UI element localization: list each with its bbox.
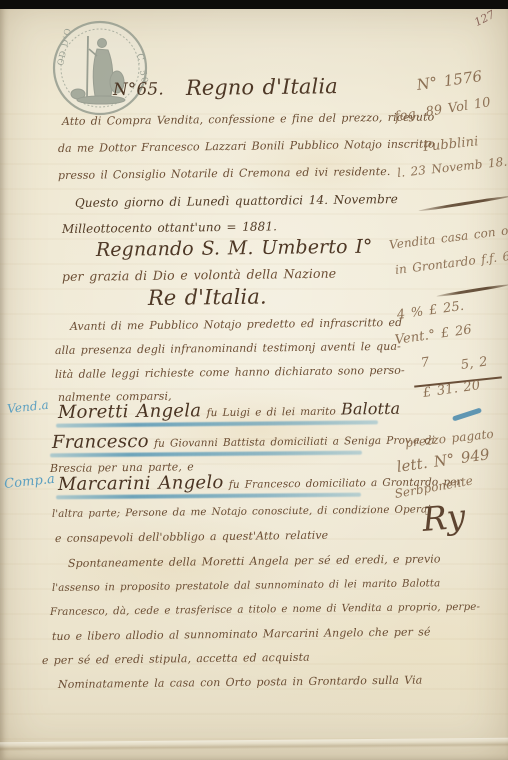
buyer-name: Marcarini Angelo — [58, 472, 224, 495]
body-line: presso il Consiglio Notarile di Cremona … — [58, 165, 391, 182]
body-line: e consapevoli dell'obbligo a quest'Atto … — [55, 529, 328, 545]
body-line: Avanti di me Pubblico Notajo predetto ed… — [70, 316, 402, 333]
registry-volume: fog. 89 Vol 10 — [394, 95, 492, 125]
vendor-domicile: fu Giovanni Battista domiciliati a Senig… — [154, 434, 435, 449]
margin-note-buyer: Comp.a — [3, 472, 55, 492]
vendor-husband-firstname: Francesco — [52, 431, 149, 453]
registry-date: l. 23 Novemb 18.. — [397, 154, 508, 180]
body-line: lità dalle leggi richieste come hanno di… — [55, 364, 405, 381]
body-line: alla presenza degli infranominandi testi… — [55, 340, 401, 357]
act-number: N°65. — [113, 79, 164, 100]
scanned-notarial-deed-page: 127 OD D'O C. 50 N°65. Regno d'Italia At… — [0, 0, 508, 760]
vendor-filiation: fu Luigi e di lei marito — [207, 406, 336, 420]
blue-pencil-dash — [452, 407, 482, 421]
body-line: per grazia di Dio e volontà della Nazion… — [62, 266, 336, 284]
vendor-party-line: Moretti Angela fu Luigi e di lei marito … — [58, 398, 401, 423]
object-note-1: Vendita casa con orto — [388, 221, 508, 252]
revenue-stamp: OD D'O C. 50 — [50, 16, 150, 122]
body-line: l'altra parte; Persone da me Notajo cono… — [52, 503, 431, 520]
re-ditalia-heading: Re d'Italia. — [148, 285, 267, 310]
body-line: da me Dottor Francesco Lazzari Bonili Pu… — [58, 137, 435, 155]
margin-note-vendor: Vend.a — [7, 398, 50, 416]
body-line: tuo e libero allodio al sunnominato Marc… — [52, 625, 431, 643]
body-line: Nominatamente la casa con Orto posta in … — [58, 674, 423, 691]
body-line: l'assenso in proposito prestatole dal su… — [52, 577, 441, 594]
tax-calc-total: £ 31. 20 — [422, 378, 481, 401]
notary-monogram: Ry — [421, 496, 467, 539]
page-number: 127 — [472, 8, 497, 29]
vendor-name: Moretti Angela — [58, 400, 202, 423]
body-line: Francesco, dà, cede e trasferisce a tito… — [50, 601, 480, 618]
body-line: Spontaneamente della Moretti Angela per … — [68, 552, 441, 570]
vendor-husband-name: Balotta — [341, 399, 400, 419]
tax-calc-rate: 4 % £ 25. — [396, 299, 465, 323]
flourish-stroke — [436, 283, 508, 298]
registry-number: N° 1576 — [415, 67, 483, 94]
regnando-heading: Regnando S. M. Umberto I° — [96, 236, 373, 261]
tax-calc-base: Vent.° £ 26 — [394, 322, 473, 348]
object-note-2: in Grontardo f.f. 6 — [394, 249, 508, 277]
vendor-party-line-2: Francesco fu Giovanni Battista domicilia… — [52, 427, 435, 453]
body-line: e per sé ed eredi stipula, accetta ed ac… — [42, 651, 310, 667]
tax-calc-add-b: 5, 2 — [460, 354, 489, 373]
scan-edge-top — [0, 0, 508, 9]
body-line: Milleottocento ottant'uno = 1881. — [62, 219, 277, 236]
revenue-stamp-graphic: OD D'O C. 50 — [50, 16, 150, 122]
tax-calc-add-a: 7 — [420, 355, 430, 371]
realm-title: Regno d'Italia — [186, 74, 338, 100]
flourish-stroke — [418, 195, 508, 213]
paper-fold-crease — [0, 738, 508, 752]
body-line: Questo giorno di Lunedì quattordici 14. … — [75, 192, 398, 210]
